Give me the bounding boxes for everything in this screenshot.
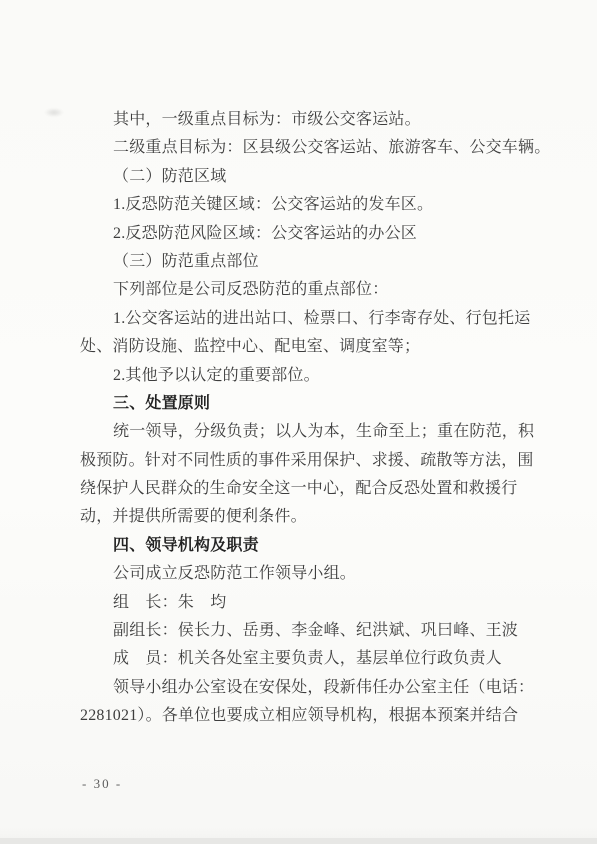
- list-item: 2.反恐防范风险区域：公交客运站的办公区: [80, 220, 525, 248]
- list-item: 1.公交客运站的进出站口、检票口、行李寄存处、行包托运: [80, 305, 525, 333]
- text-line: 领导小组办公室设在安保处，段新伟任办公室主任（电话：: [80, 674, 525, 702]
- list-item: 1.反恐防范关键区域：公交客运站的发车区。: [80, 191, 525, 219]
- text-line: 绕保护人民群众的生命安全这一中心，配合反恐处置和救援行: [80, 475, 525, 503]
- scan-smudge-artifact: [44, 108, 64, 117]
- text-line: 成 员：机关各处室主要负责人，基层单位行政负责人: [80, 645, 525, 673]
- text-line: 公司成立反恐防范工作领导小组。: [80, 560, 525, 588]
- page-number: - 30 -: [82, 776, 122, 792]
- list-item: 2.其他予以认定的重要部位。: [80, 362, 525, 390]
- subsection-title: （三）防范重点部位: [80, 248, 525, 276]
- subsection-title: （二）防范区域: [80, 163, 525, 191]
- section-heading: 三、处置原则: [80, 390, 525, 418]
- scanned-document-page: 其中，一级重点目标为：市级公交客运站。 二级重点目标为：区县级公交客运站、旅游客…: [0, 0, 597, 844]
- text-line: 其中，一级重点目标为：市级公交客运站。: [80, 106, 525, 134]
- document-body: 其中，一级重点目标为：市级公交客运站。 二级重点目标为：区县级公交客运站、旅游客…: [80, 106, 525, 731]
- section-heading: 四、领导机构及职责: [80, 532, 525, 560]
- text-line: 处、消防设施、监控中心、配电室、调度室等；: [80, 333, 525, 361]
- text-line: 动，并提供所需要的便利条件。: [80, 503, 525, 531]
- text-line: 副组长：侯长力、岳勇、李金峰、纪洪斌、巩曰峰、王波: [80, 617, 525, 645]
- text-line: 统一领导，分级负责；以人为本，生命至上；重在防范，积: [80, 418, 525, 446]
- text-line: 极预防。针对不同性质的事件采用保护、求援、疏散等方法，围: [80, 447, 525, 475]
- text-line: 组 长：朱 均: [80, 589, 525, 617]
- text-line: 2281021）。各单位也要成立相应领导机构，根据本预案并结合: [80, 702, 525, 730]
- text-line: 下列部位是公司反恐防范的重点部位：: [80, 276, 525, 304]
- scan-edge-shadow: [0, 838, 597, 844]
- text-line: 二级重点目标为：区县级公交客运站、旅游客车、公交车辆。: [80, 134, 525, 162]
